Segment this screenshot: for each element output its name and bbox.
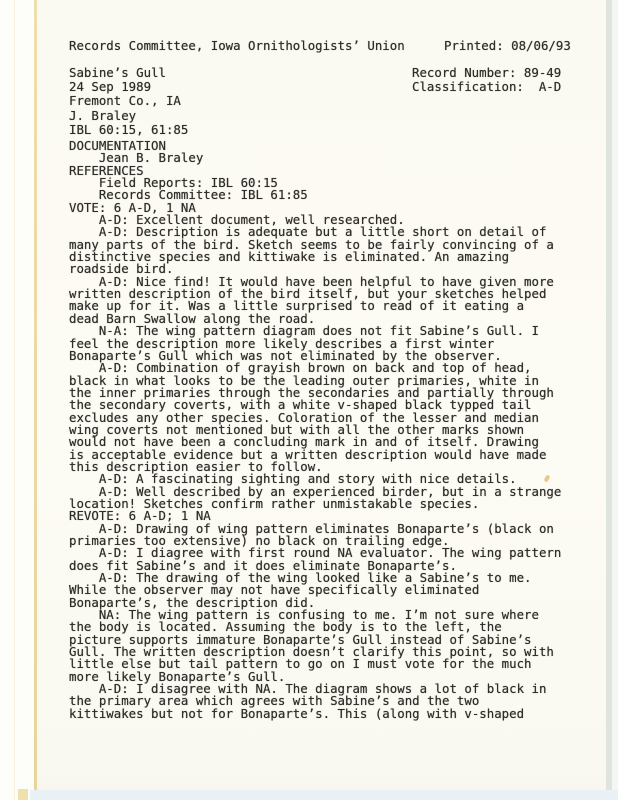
scan-left-margin [0, 0, 34, 800]
scan-page-edge-line [34, 0, 37, 800]
document-body-text: DOCUMENTATION Jean B. Braley REFERENCES … [69, 140, 561, 720]
document-title: Records Committee, Iowa Ornithologists’ … [69, 40, 405, 52]
record-number-classification: Record Number: 89-49 Classification: A-D [412, 66, 561, 94]
record-summary: Sabine’s Gull 24 Sep 1989 Fremont Co., I… [69, 66, 188, 137]
scan-bottom-edge-strip [30, 790, 618, 800]
scanned-document-page: Records Committee, Iowa Ornithologists’ … [0, 0, 618, 800]
scan-right-outer-strip [612, 0, 618, 800]
scan-left-faint-crease [14, 0, 15, 800]
scan-bottom-page-corner [18, 789, 28, 800]
printed-date: Printed: 08/06/93 [444, 40, 571, 52]
